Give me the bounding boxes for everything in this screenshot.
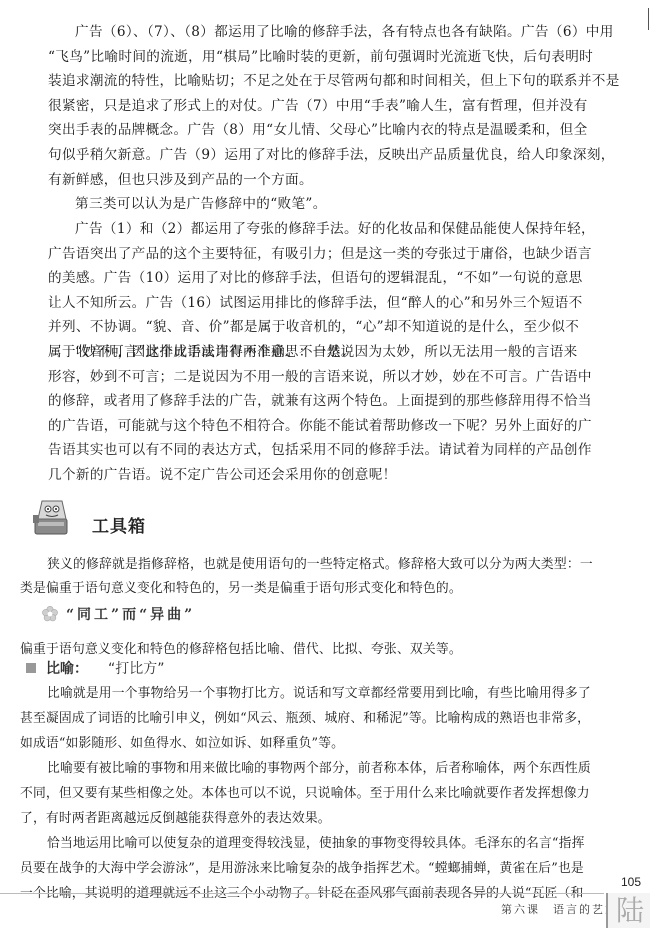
paragraph-metaphor-parts: 比喻要有被比喻的事物和用来做比喻的事物两个部分，前者称本体，后者称喻体，两个东西… bbox=[20, 756, 594, 831]
term-label: 比喻： bbox=[46, 658, 88, 678]
text-line: 广告语突出了产品的这个主要特征，有吸引力；但是这一类的夸张过于庸俗，也缺少语言 bbox=[48, 242, 570, 267]
text-line: 广告（6）、（7）、（8）都运用了比喻的修辞手法，各有特点也各有缺陷。广告（6）… bbox=[48, 20, 570, 45]
text-line: 比喻要有被比喻的事物和用来做比喻的事物两个部分，前者称本体，后者称喻体，两个东西… bbox=[20, 756, 594, 781]
text-line: “飞鸟”比喻时间的流逝，用“棋局”比喻时装的更新，前句强调时光流逝飞快，后句表明… bbox=[48, 45, 570, 70]
text-line: 第三类可以认为是广告修辞中的“败笔”。 bbox=[48, 192, 570, 217]
text-line: 的修辞，或者用了修辞手法的广告，就兼有这两个特色。上面提到的那些修辞用得不恰当 bbox=[48, 389, 570, 414]
text-line: 比喻就是用一个事物给另一个事物打比方。说话和写文章都经常要用到比喻，有些比喻用得… bbox=[20, 681, 594, 706]
paragraph-miao-bu-ke-yan: “妙不可言”这个成语或许有两个意思：一是说因为太妙，所以无法用一般的言语来 形容… bbox=[48, 340, 570, 488]
text-line: 广告（1）和（2）都运用了夸张的修辞手法。好的化妆品和保健品能使人保持年轻， bbox=[48, 217, 570, 242]
subsection-heading: “同工”而“异曲” bbox=[42, 604, 195, 624]
text-line: 恰当地运用比喻可以使复杂的道理变得较浅显，使抽象的事物变得较具体。毛泽东的名言“… bbox=[20, 831, 594, 856]
subsection-title: “同工”而“异曲” bbox=[66, 604, 195, 624]
footer-divider bbox=[0, 893, 604, 894]
text-line: 了，有时两者距离越远反倒越能获得意外的表达效果。 bbox=[20, 806, 594, 831]
flower-icon bbox=[42, 606, 58, 622]
text-line: 几个新的广告语。说不定广告公司还会采用你的创意呢！ bbox=[48, 463, 570, 488]
term-heading: 比喻： “打比方” bbox=[26, 658, 165, 678]
text-line: “妙不可言”这个成语或许有两个意思：一是说因为太妙，所以无法用一般的言语来 bbox=[48, 340, 570, 365]
chapter-tab: 陆 bbox=[606, 893, 650, 928]
textbook-page: 广告（6）、（7）、（8）都运用了比喻的修辞手法，各有特点也各有缺陷。广告（6）… bbox=[0, 0, 650, 928]
paragraph-metaphor-usage: 恰当地运用比喻可以使复杂的道理变得较浅显，使抽象的事物变得较具体。毛泽东的名言“… bbox=[20, 831, 594, 906]
text-line: 有新鲜感，但也只涉及到产品的一个方面。 bbox=[48, 168, 570, 193]
text-line: 的广告语，可能就与这个特色不相符合。你能不能试着帮助修改一下呢？另外上面好的广 bbox=[48, 414, 570, 439]
square-bullet-icon bbox=[26, 663, 36, 673]
paragraph-third-category: 第三类可以认为是广告修辞中的“败笔”。 bbox=[48, 192, 570, 217]
text-line: 突出手表的品牌概念。广告（8）用“女儿情、父母心”比喻内衣的特点是温暖柔和，但全 bbox=[48, 118, 570, 143]
text-line: 甚至凝固成了词语的比喻引申义，例如“风云、瓶颈、城府、和稀泥”等。比喻构成的熟语… bbox=[20, 706, 594, 731]
text-line: 形容，妙到不可言；二是说因为不用一般的言语来说，所以才妙，妙在不可言。广告语中 bbox=[48, 365, 570, 390]
text-line: 类是偏重于语句意义变化和特色的，另一类是偏重于语句形式变化和特色的。 bbox=[20, 577, 590, 601]
text-line: 的美感。广告（10）运用了对比的修辞手法，但语句的逻辑混乱，“不如”一句说的意思 bbox=[48, 266, 570, 291]
text-line: 句似乎稍欠新意。广告（9）运用了对比的修辞手法，反映出产品质量优良，给人印象深刻… bbox=[48, 143, 570, 168]
text-line: 狭义的修辞就是指修辞格，也就是使用语句的一些特定格式。修辞格大致可以分为两大类型… bbox=[20, 553, 590, 577]
toolbox-title: 工具箱 bbox=[92, 512, 146, 537]
paragraph-metaphor-definition: 比喻就是用一个事物给另一个事物打比方。说话和写文章都经常要用到比喻，有些比喻用得… bbox=[20, 681, 594, 756]
term-subtitle: “打比方” bbox=[108, 658, 165, 678]
text-line: 并列、不协调。“貌、音、价”都是属于收音机的，“心”却不知道说的是什么，至少似不 bbox=[48, 315, 570, 340]
chapter-title: 第六课 语言的艺术 bbox=[501, 901, 618, 917]
text-line: 告语其实也可以有不同的表达方式，包括采用不同的修辞手法。请试着为同样的产品创作 bbox=[48, 438, 570, 463]
paragraph-ads-6-9: 广告（6）、（7）、（8）都运用了比喻的修辞手法，各有特点也各有缺陷。广告（6）… bbox=[48, 20, 570, 192]
toolbox-mascot-icon bbox=[32, 497, 72, 537]
text-line: 不同，但又要有某些相像之处。本体也可以不说，只说喻体。至于用什么来比喻就要作者发… bbox=[20, 781, 594, 806]
toolbox-header: 工具箱 bbox=[32, 497, 146, 537]
text-line: 装追求潮流的特性，比喻贴切；不足之处在于尽管两句都和时间相关，但上下句的联系并不… bbox=[48, 69, 570, 94]
text-line: 员要在战争的大海中学会游泳”，是用游泳来比喻复杂的战争指挥艺术。“螳螂捕蝉，黄雀… bbox=[20, 856, 594, 881]
toolbox-intro: 狭义的修辞就是指修辞格，也就是使用语句的一些特定格式。修辞格大致可以分为两大类型… bbox=[20, 553, 590, 601]
text-line: 让人不知所云。广告（16）试图运用排比的修辞手法，但“醉人的心”和另外三个短语不 bbox=[48, 291, 570, 316]
page-number: 105 bbox=[621, 875, 641, 889]
page-edge-mark bbox=[648, 8, 649, 30]
text-line: 如成语“如影随形、如鱼得水、如泣如诉、如释重负”等。 bbox=[20, 731, 594, 756]
subsection-intro: 偏重于语句意义变化和特色的修辞格包括比喻、借代、比拟、夸张、双关等。 bbox=[20, 638, 462, 657]
text-line: 很紧密，只是追求了形式上的对仗。广告（7）中用“手表”喻人生，富有哲理，但并没有 bbox=[48, 94, 570, 119]
